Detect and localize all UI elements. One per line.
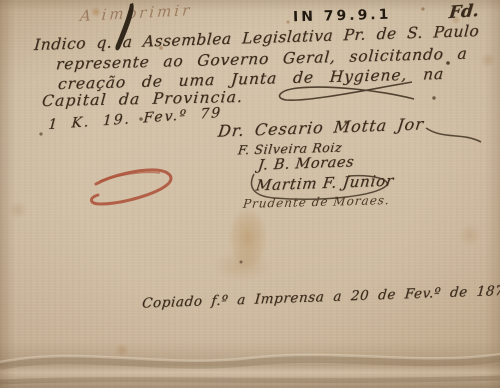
- catalog-number: IN 79.9.1: [293, 7, 392, 26]
- manuscript-scan: A imprimir IN 79.9.1 Fd. Indico q. a Ass…: [0, 0, 500, 388]
- pen-flourish-loop-icon: [268, 76, 418, 108]
- red-crayon-loop-icon: [82, 164, 182, 212]
- paper-fold-crease: [0, 338, 500, 388]
- corner-monogram: Fd.: [448, 1, 480, 23]
- signature-paraph-icon: [424, 124, 484, 146]
- ink-specks: [0, 0, 2, 2]
